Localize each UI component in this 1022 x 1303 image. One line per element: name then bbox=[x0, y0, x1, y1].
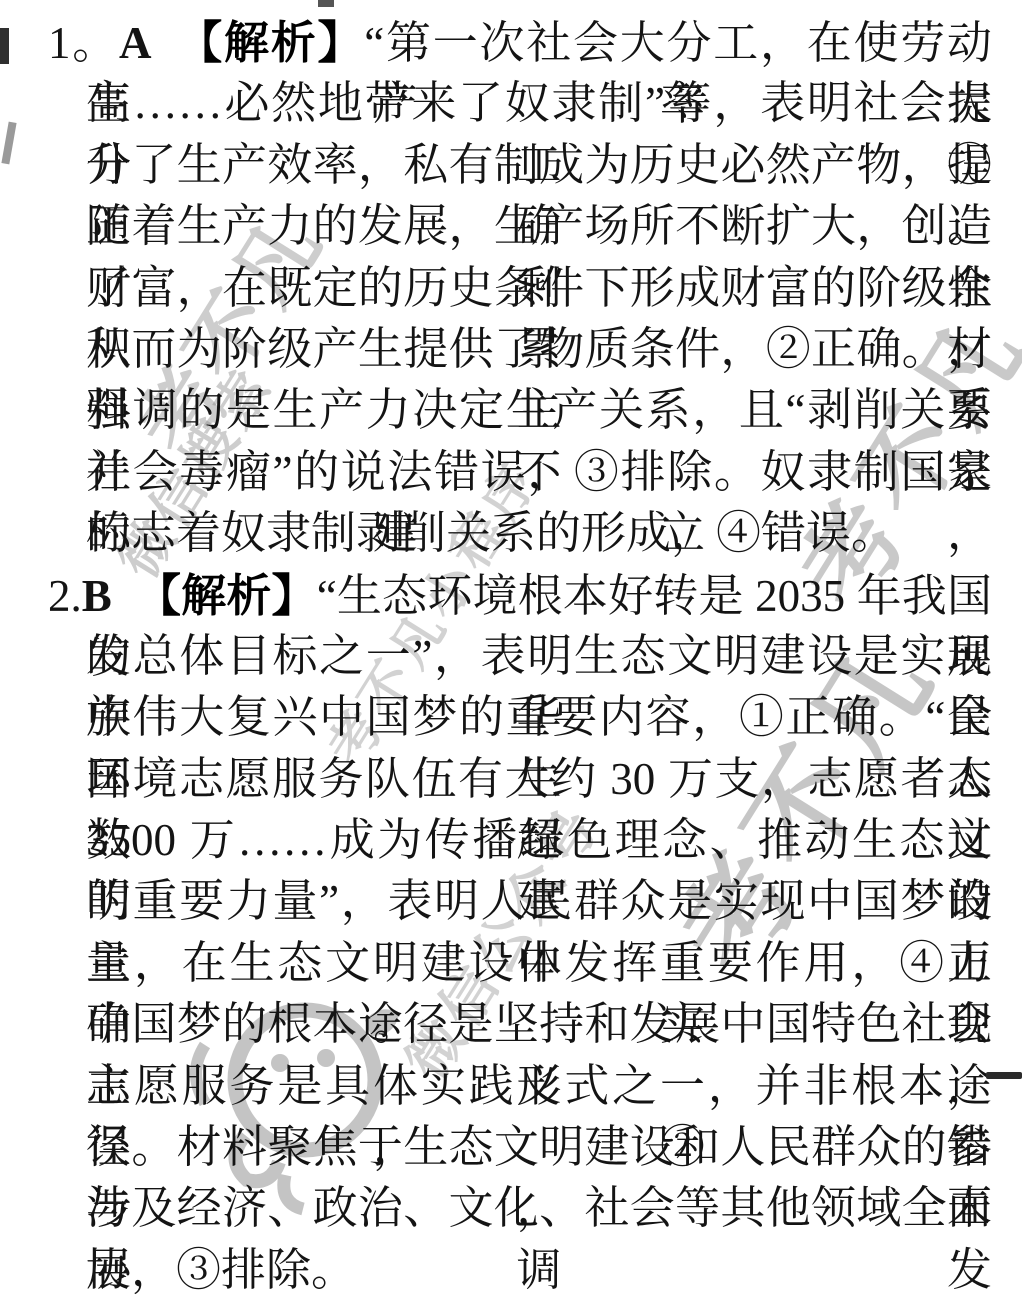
answer-item-2-line-11: 涉及经济、政治、文化、社会等其他领域全面协调发 bbox=[86, 1178, 992, 1239]
answer-item-2-line-5: 3500 万……成为传播绿色理念、推动生态文明建设 bbox=[86, 810, 992, 871]
scan-artifact-edge-mark bbox=[0, 28, 9, 64]
answer-item-1-line-9: 标志着奴隶制剥削关系的形成，④错误。 bbox=[86, 503, 992, 564]
scanned-answer-page: 考不凡 微信搜索 考不凡小程序 考不凡 考不凡 微信公众号 1。A【解析】“第一… bbox=[0, 0, 1022, 1303]
item-answer: B bbox=[82, 571, 112, 621]
answer-item-2-line-3: 族伟大复兴中国梦的重要内容，①正确。“全国生态 bbox=[86, 687, 992, 748]
scan-artifact-speck bbox=[318, 0, 334, 7]
item-answer: A bbox=[119, 18, 152, 68]
answer-item-2-line-8: 中国梦的根本途径是坚持和发展中国特色社会主义， bbox=[86, 994, 992, 1055]
answer-item-2-line-7: 量，在生态文明建设中发挥重要作用，④正确。实现 bbox=[86, 933, 992, 994]
line-text: 标志着奴隶制剥削关系的形成，④错误。 bbox=[86, 508, 896, 558]
answer-item-1-line-4: 随着生产力的发展，生产场所不断扩大，创造了剩余 bbox=[86, 196, 992, 257]
answer-item-2-line-6: 的重要力量”，表明人民群众是实现中国梦的主体力 bbox=[86, 871, 992, 932]
answer-item-2-line-2: 的总体目标之一”，表明生态文明建设是实现中华民 bbox=[86, 626, 992, 687]
jiexi-tag: 【解析】 bbox=[176, 17, 365, 68]
answer-item-1-line-8: 社会毒瘤”的说法错误，③排除。奴隶制国家的建立， bbox=[86, 442, 992, 503]
answer-item-1-line-5: 财富，在既定的历史条件下形成财富的阶级性积累， bbox=[86, 258, 992, 319]
answer-item-1-line-3: 升了生产效率，私有制成为历史必然产物，①正确。 bbox=[86, 135, 992, 196]
jiexi-tag: 【解析】 bbox=[136, 570, 317, 621]
answer-item-1-line-6: 从而为阶级产生提供了物质条件，②正确。材料主要 bbox=[86, 319, 992, 380]
answer-item-2-line-9: 志愿服务是具体实践形式之一，并非根本途径，②错 bbox=[86, 1056, 992, 1117]
answer-item-1-line-2: 高……必然地带来了奴隶制”等，表明社会大分工提 bbox=[86, 73, 992, 134]
answer-explanations: 1。A【解析】“第一次社会大分工，在使劳动生产率提 高……必然地带来了奴隶制”等… bbox=[0, 12, 1022, 1301]
item-number: 1。 bbox=[48, 18, 119, 68]
answer-item-1-line-7: 强调的是生产力决定生产关系，且“剥削关系并不是 bbox=[86, 380, 992, 441]
answer-item-2-line-1: 2.B【解析】“生态环境根本好转是 2035 年我国发展 bbox=[86, 565, 992, 626]
answer-item-1-line-1: 1。A【解析】“第一次社会大分工，在使劳动生产率提 bbox=[86, 12, 992, 73]
answer-item-2-line-4: 环境志愿服务队伍有大约 30 万支，志愿者人数超过 bbox=[86, 749, 992, 810]
answer-item-2-line-10: 误。材料聚焦于生态文明建设和人民群众的参与，未 bbox=[86, 1117, 992, 1178]
scan-artifact-dash bbox=[986, 1072, 1022, 1079]
line-text: 展，③排除。 bbox=[86, 1245, 356, 1295]
item-number: 2. bbox=[48, 571, 82, 621]
